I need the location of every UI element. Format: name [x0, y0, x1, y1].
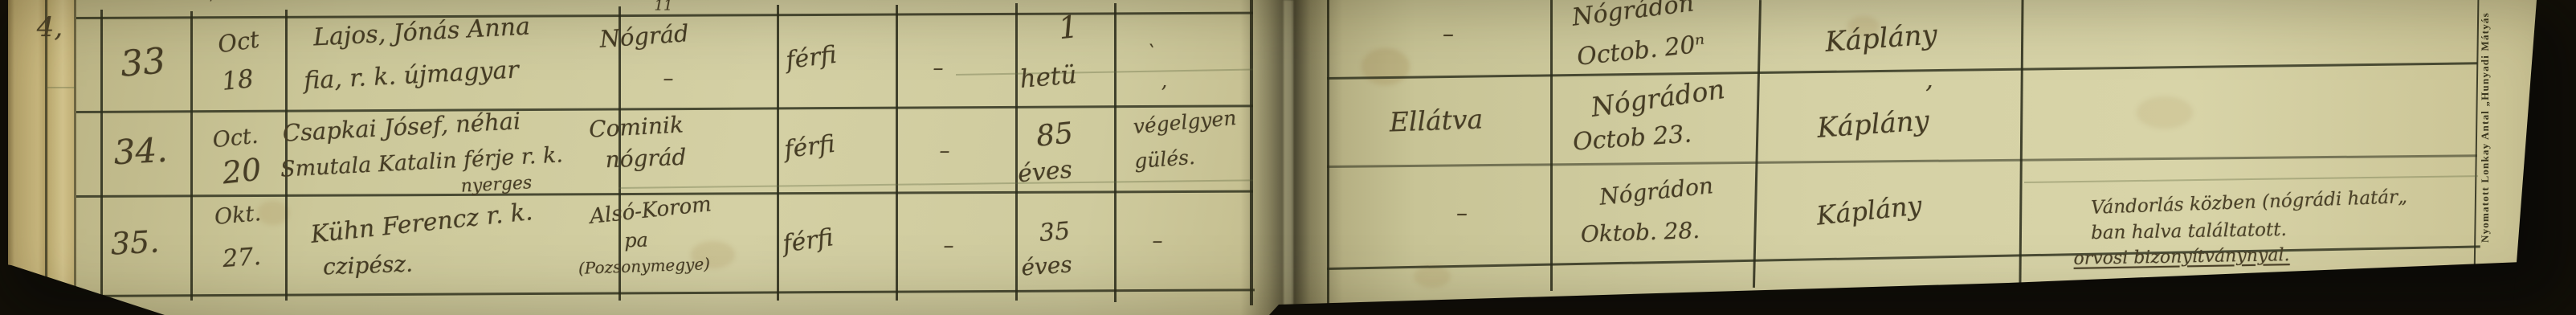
disease: gülés. — [1133, 145, 1196, 173]
age: 85 — [1035, 117, 1075, 153]
column-rule — [1015, 3, 1018, 301]
death-date-day: 20 — [221, 152, 263, 191]
sacraments: Ellátva — [1389, 103, 1484, 137]
age-unit: éves — [1020, 251, 1072, 280]
observation-note: ban halva találtatott. — [2091, 219, 2287, 243]
underpage-rule — [45, 0, 47, 289]
stain — [1414, 265, 1451, 288]
age-unit: hetü — [1019, 60, 1078, 94]
deceased-occupation: czipész. — [323, 251, 414, 280]
page-curl-highlight — [1284, 0, 1293, 312]
flag-dash: – — [944, 234, 954, 258]
entry-number: 35. — [110, 223, 161, 261]
sacraments-dash: – — [1443, 21, 1454, 47]
place: nógrád — [605, 144, 687, 173]
death-date-month: Okt. — [214, 201, 262, 230]
death-date-day: 18 — [221, 64, 255, 96]
flag-dash: – — [933, 56, 944, 80]
column-rule — [896, 5, 898, 301]
disease-mark: ’ — [1161, 82, 1167, 104]
printer-imprint: Nyomatott Lonkay Antal „Hunyadi Mátyás — [2479, 0, 2492, 243]
observation-note: orvosi bizonyítványnyal. — [2073, 245, 2289, 269]
column-rule — [777, 5, 779, 301]
entry-number: 34. — [112, 130, 168, 172]
disease-mark: ˋ — [1146, 42, 1156, 64]
place: pa — [624, 228, 649, 252]
deceased-occupation: nyerges — [460, 173, 533, 197]
age: 1 — [1057, 9, 1080, 46]
place: Cominik — [588, 111, 684, 142]
flag-dash: – — [940, 139, 950, 163]
underpage-line — [47, 87, 76, 88]
top-remnant: ʹ — [210, 0, 213, 12]
column-rule — [100, 10, 103, 301]
column-rule — [190, 11, 193, 301]
column-rule — [1114, 3, 1117, 302]
stain — [2137, 96, 2193, 129]
column-rule — [285, 10, 288, 301]
stain — [1361, 48, 1410, 85]
background-left-edge — [0, 0, 8, 315]
stain — [257, 201, 289, 225]
flourish: , — [1925, 67, 1933, 95]
death-date-month: Oct — [216, 26, 261, 59]
age-unit: éves — [1017, 156, 1074, 189]
age: 35 — [1038, 217, 1071, 247]
column-rule — [1550, 0, 1553, 291]
register-photo: 4, ʹ 11 33 Oct 18 Lajos, Jónás Anna fia,… — [0, 0, 2576, 315]
death-date-day: 27. — [222, 243, 262, 273]
disease-dash: – — [1153, 229, 1163, 253]
place-dash: – — [663, 67, 674, 91]
entry-number: 33 — [119, 40, 167, 85]
sacraments-dash: – — [1456, 200, 1468, 227]
death-date-month: Oct. — [211, 124, 259, 153]
underpage-digit: 4, — [37, 11, 63, 43]
burial-date: Oktob. 28. — [1580, 217, 1700, 247]
top-remnant: 11 — [655, 0, 673, 14]
